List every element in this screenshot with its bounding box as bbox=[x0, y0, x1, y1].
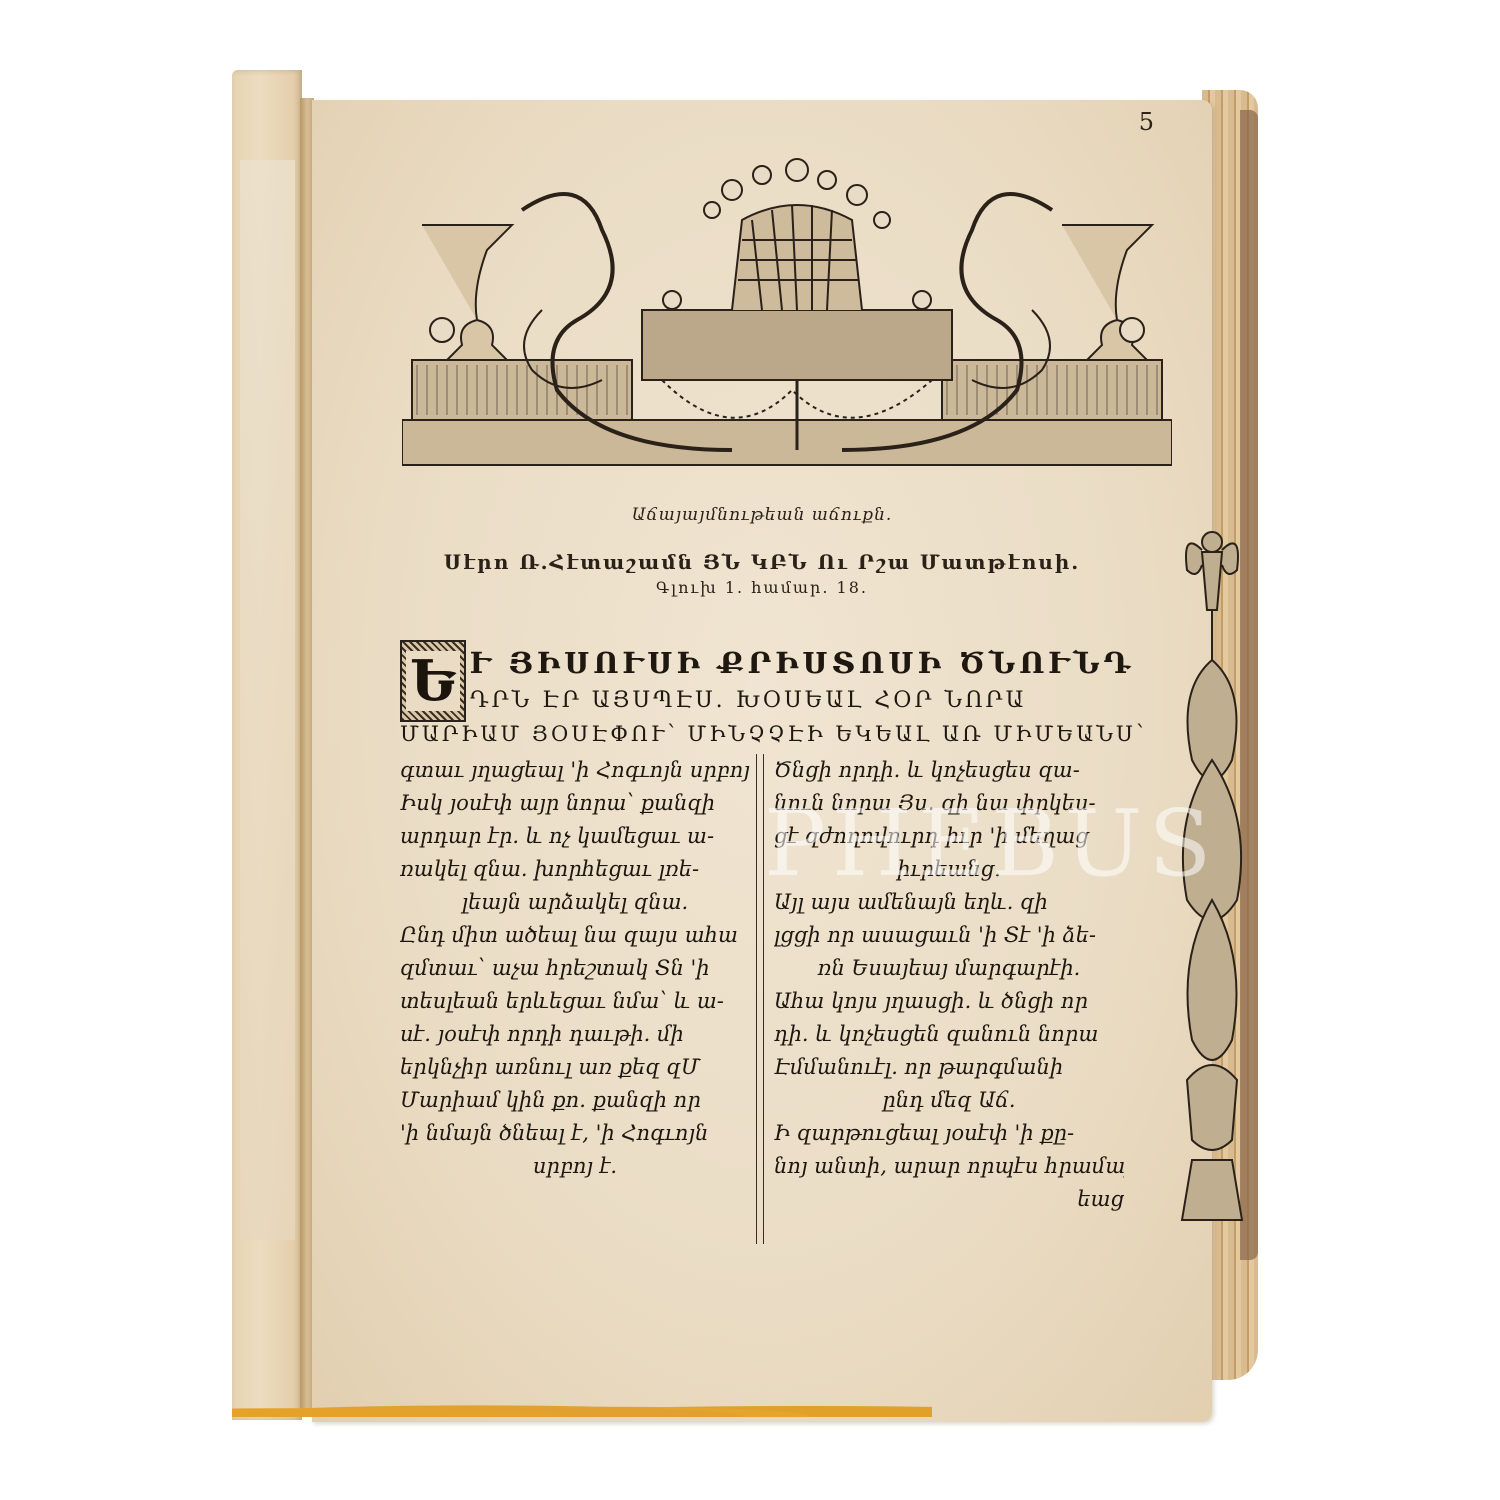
ornament-engraving-icon bbox=[402, 150, 1172, 480]
text-line: Ծնցի որդի. և կոչեսցես զա- bbox=[774, 754, 1124, 787]
text-line: սէ. յօսէփ որդի դաւթի. մի bbox=[400, 1018, 750, 1051]
chapter-verse-reference: Գլուխ 1. համար. 18. bbox=[312, 578, 1212, 597]
text-line: զմտաւ՝ աչա հրեշտակ Տն 'ի bbox=[400, 952, 750, 985]
column-divider bbox=[756, 754, 764, 1244]
facing-leaf-stub bbox=[232, 70, 302, 1420]
section-heading: Աճայայմնութեան աճուքն. bbox=[312, 505, 1212, 525]
watermark: PHEBUS bbox=[764, 790, 1217, 897]
text-line: լեայն արձակել զնա. bbox=[400, 886, 750, 919]
text-line: ռն Եսայեայ մարգարէի. bbox=[774, 952, 1124, 985]
paper-repair-flap bbox=[240, 160, 295, 1240]
title-line-1: Ւ ՅԻՍՈՒՍԻ ՔՐԻՍՏՈՍԻ ԾՆՈՒՆԴ bbox=[470, 646, 1134, 680]
left-column: գտաւ յղացեալ 'ի Հոգւոյն սրբոյ. Իսկ յօսէփ… bbox=[400, 754, 750, 1183]
headpiece-engraving bbox=[402, 150, 1172, 480]
text-line: ռակել զնա. խորհեցաւ լռե- bbox=[400, 853, 750, 886]
text-line: ընդ մեզ Աճ. bbox=[774, 1084, 1124, 1117]
text-line: 'ի նմայն ծնեալ է, 'ի Հոգւոյն bbox=[400, 1117, 750, 1150]
text-line: տեսլեան երևեցաւ նմա՝ և ա- bbox=[400, 985, 750, 1018]
text-line: գտաւ յղացեալ 'ի Հոգւոյն սրբոյ. bbox=[400, 754, 750, 787]
text-line: նոյ անտի, արար որպէս հրամայ- bbox=[774, 1150, 1124, 1183]
decorated-initial: Ե bbox=[400, 640, 466, 722]
page-number: 5 bbox=[1139, 108, 1154, 136]
text-line: դի. և կոչեսցեն զանուն նորա bbox=[774, 1018, 1124, 1051]
text-line: Էմմանուէլ. որ թարգմանի bbox=[774, 1051, 1124, 1084]
book-page: 5 bbox=[312, 100, 1212, 1422]
foxing-stain bbox=[232, 1397, 932, 1417]
title-line-2: ԴՐՆ ԷՐ ԱՅՍՊԷՍ. ԽՕՍԵԱԼ ՀՕՐ ՆՈՐԱ bbox=[470, 688, 1026, 713]
text-line: Ահա կոյս յղասցի. և ծնցի որ bbox=[774, 985, 1124, 1018]
text-line: Ի զարթուցեալ յօսէփ 'ի քը- bbox=[774, 1117, 1124, 1150]
title-line-3: ՄԱՐԻԱՄ ՅՕՍԷՓՈՒ՝ ՄԻՆՉՉԷԻ ԵԿԵԱԼ ԱՌ ՄԻՄԵԱՆՍ… bbox=[400, 722, 1146, 746]
text-line: սրբոյ է. bbox=[400, 1150, 750, 1183]
text-line: Մարիամ կին քո. քանզի որ bbox=[400, 1084, 750, 1117]
text-line: երկնչիր առնուլ առ քեզ զՄ bbox=[400, 1051, 750, 1084]
text-line: եաց bbox=[774, 1183, 1124, 1216]
text-line: լցցի որ ասացաւն 'ի Տէ 'ի ձե- bbox=[774, 919, 1124, 952]
text-line: արդար էր. և ոչ կամեցաւ ա- bbox=[400, 820, 750, 853]
gospel-heading: Սէրո Ռ.Հէտաշամն ՅՆ ԿԲՆ Ու Րշա Մատթէոսի. bbox=[312, 550, 1212, 574]
book: 5 bbox=[232, 70, 1262, 1435]
text-line: Իսկ յօսէփ այր նորա՝ քանզի bbox=[400, 787, 750, 820]
text-line: Ընդ միտ ածեալ նա զայս ահա bbox=[400, 919, 750, 952]
